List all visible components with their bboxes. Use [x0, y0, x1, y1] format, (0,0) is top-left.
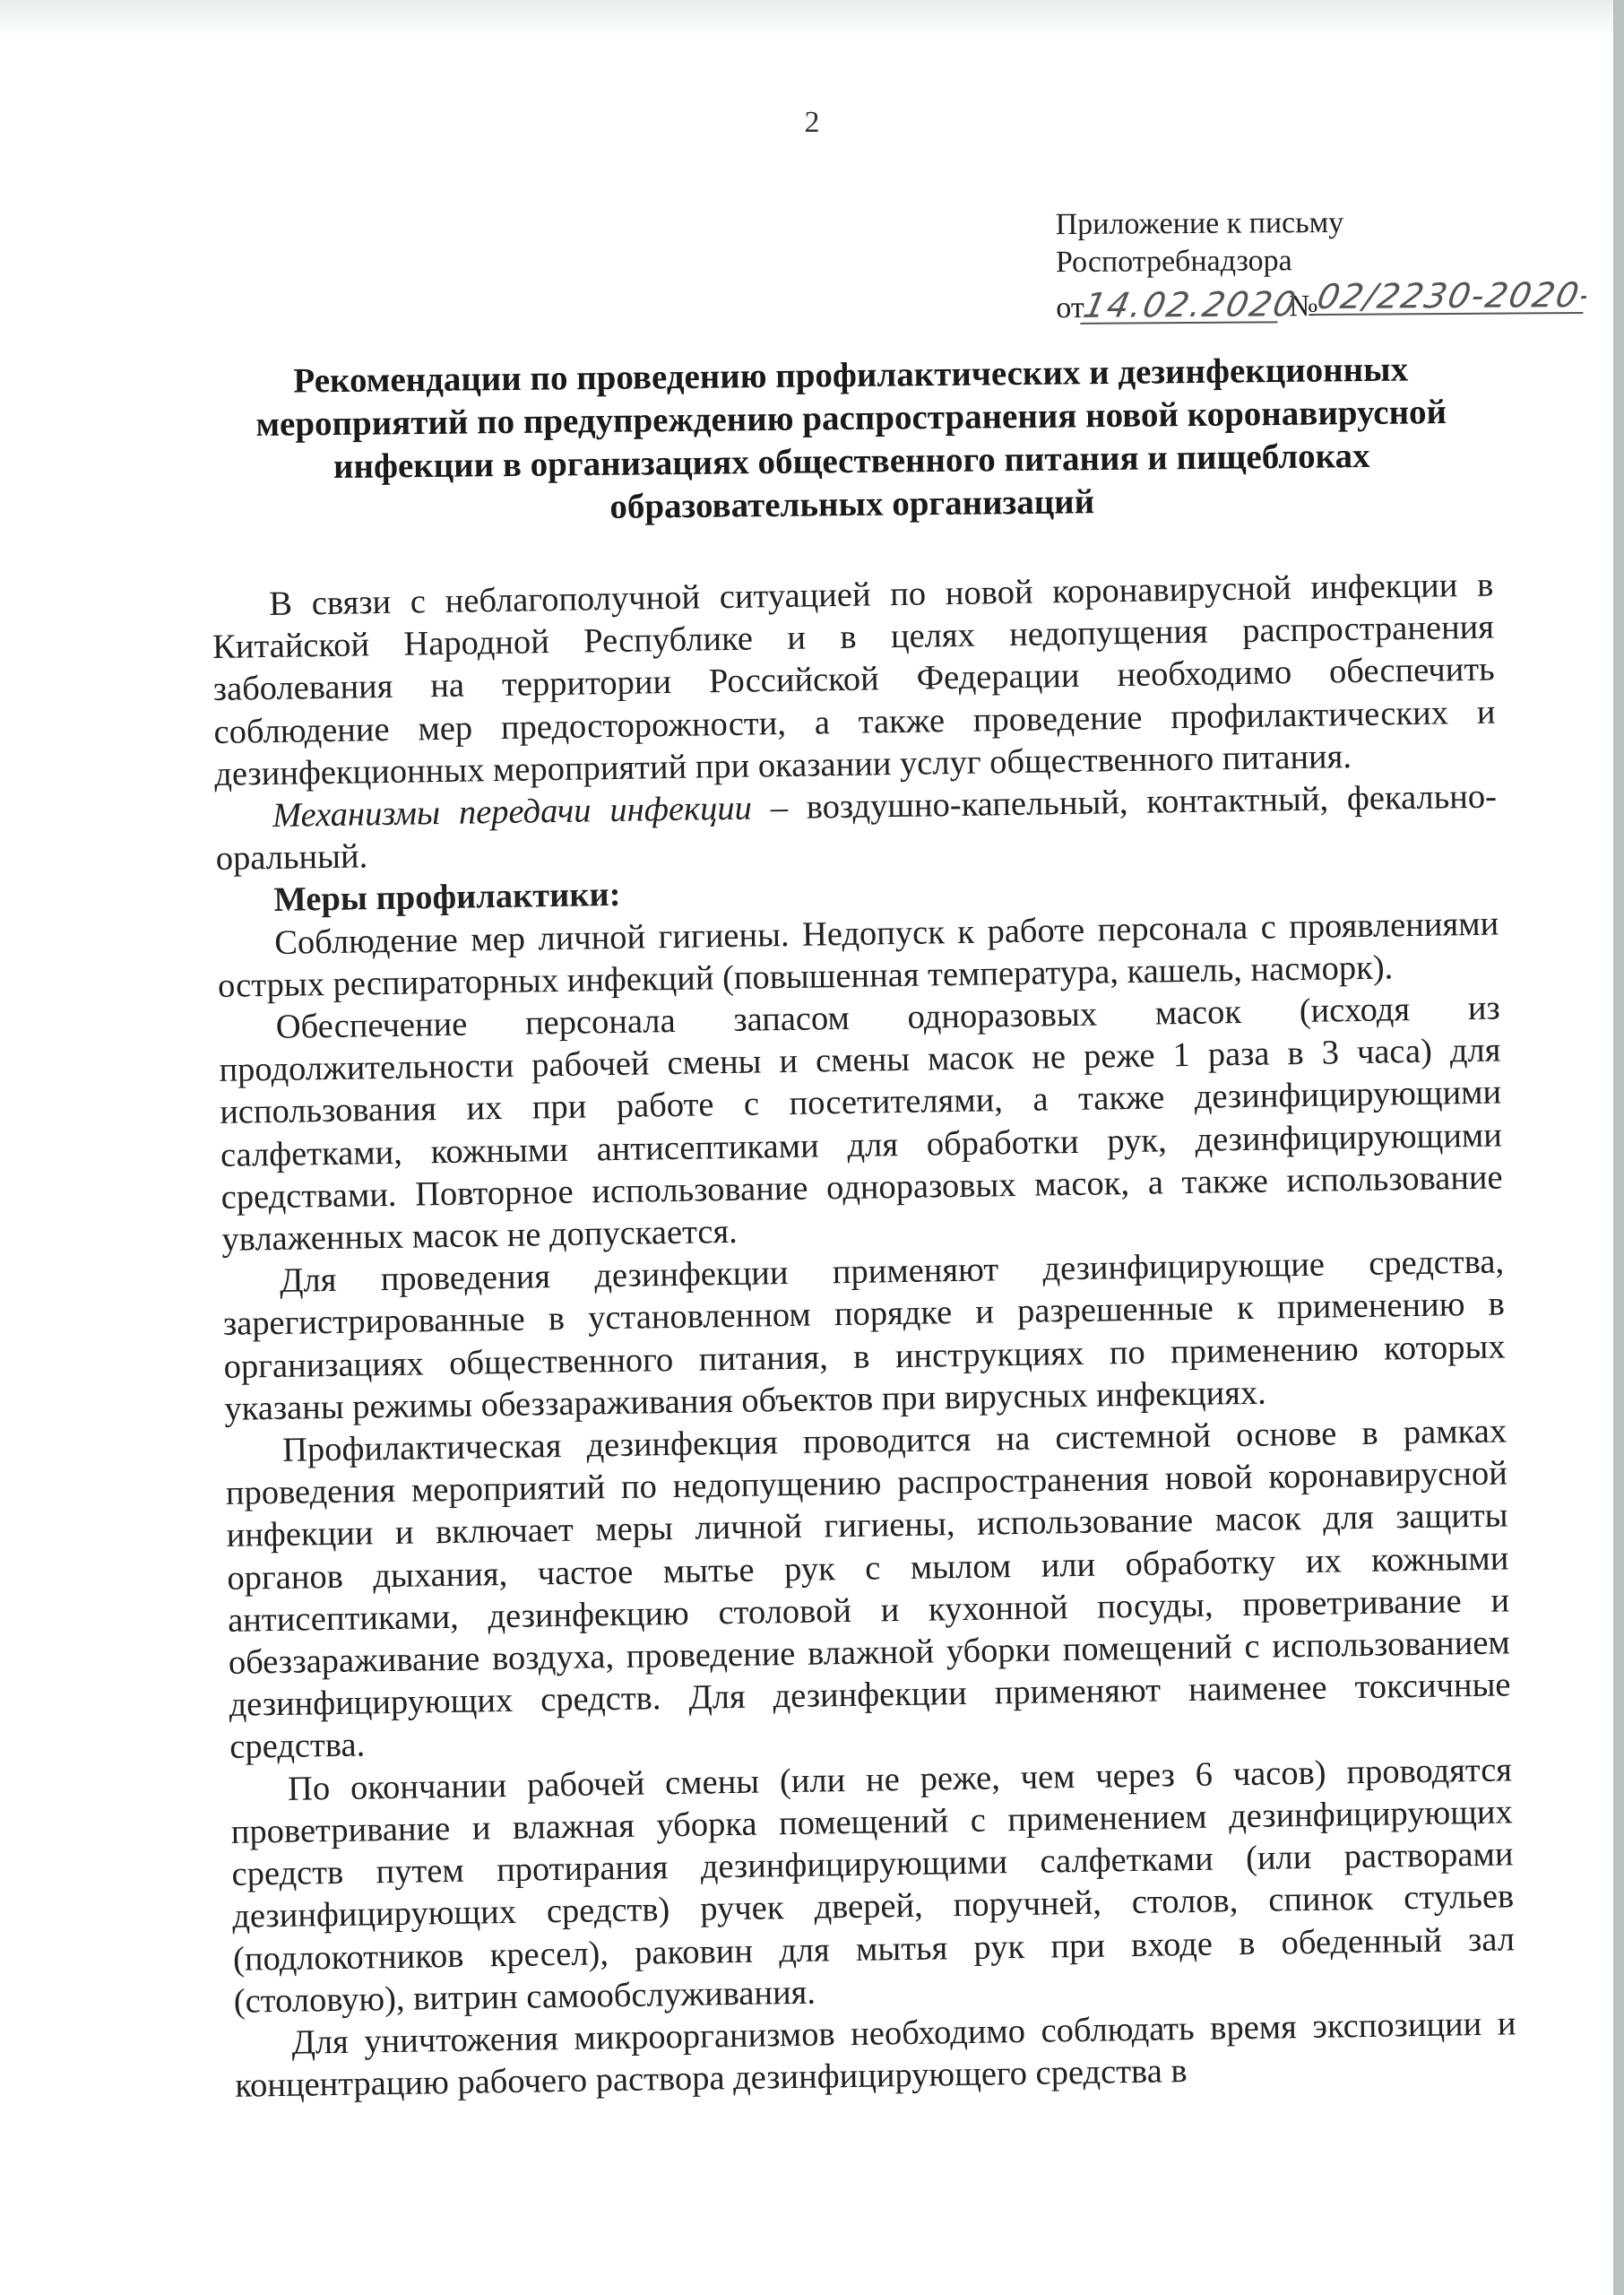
handwritten-date: 14.02.2020 [1081, 287, 1285, 325]
paragraph-disinfectants: Для проведения дезинфекции применяют дез… [222, 1242, 1507, 1431]
paragraph-intro: В связи с неблагополучной ситуацией по н… [212, 565, 1497, 796]
transmission-label: Механизмы передачи инфекции [272, 790, 752, 835]
document-title: Рекомендации по проведению профилактичес… [205, 347, 1498, 533]
paragraph-end-of-shift: По окончании рабочей смены (или не реже,… [230, 1749, 1516, 2023]
handwritten-number: 02/2230-2020- [1315, 278, 1591, 316]
document-body: В связи с неблагополучной ситуацией по н… [212, 565, 1517, 2109]
scan-shadow [0, 0, 1613, 36]
scan-edge [1613, 0, 1624, 2295]
attachment-line-1: Приложение к письму [1056, 203, 1587, 244]
paragraph-masks: Обеспечение персонала запасом одноразовы… [218, 988, 1503, 1262]
attachment-note: Приложение к письму Роспотребнадзора от1… [1056, 203, 1587, 327]
page-number: 2 [0, 106, 1624, 140]
paragraph-prophylactic-disinfection: Профилактическая дезинфекция проводится … [225, 1410, 1512, 1769]
attachment-line-3: от14.02.2020 №02/2230-2020- [1056, 278, 1587, 327]
attachment-line-2: Роспотребнадзора [1056, 240, 1587, 281]
